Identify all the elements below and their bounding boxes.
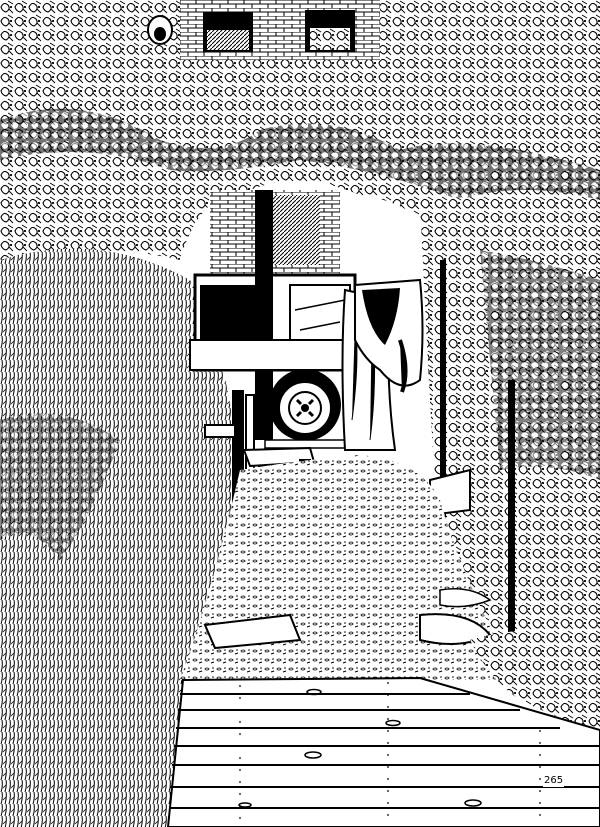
side-table <box>205 425 235 437</box>
foliage-right-shadow <box>480 250 600 480</box>
brick-building <box>180 0 380 60</box>
page-number: 265 <box>543 775 564 787</box>
ink-illustration <box>0 0 600 827</box>
rear-building <box>210 190 340 275</box>
